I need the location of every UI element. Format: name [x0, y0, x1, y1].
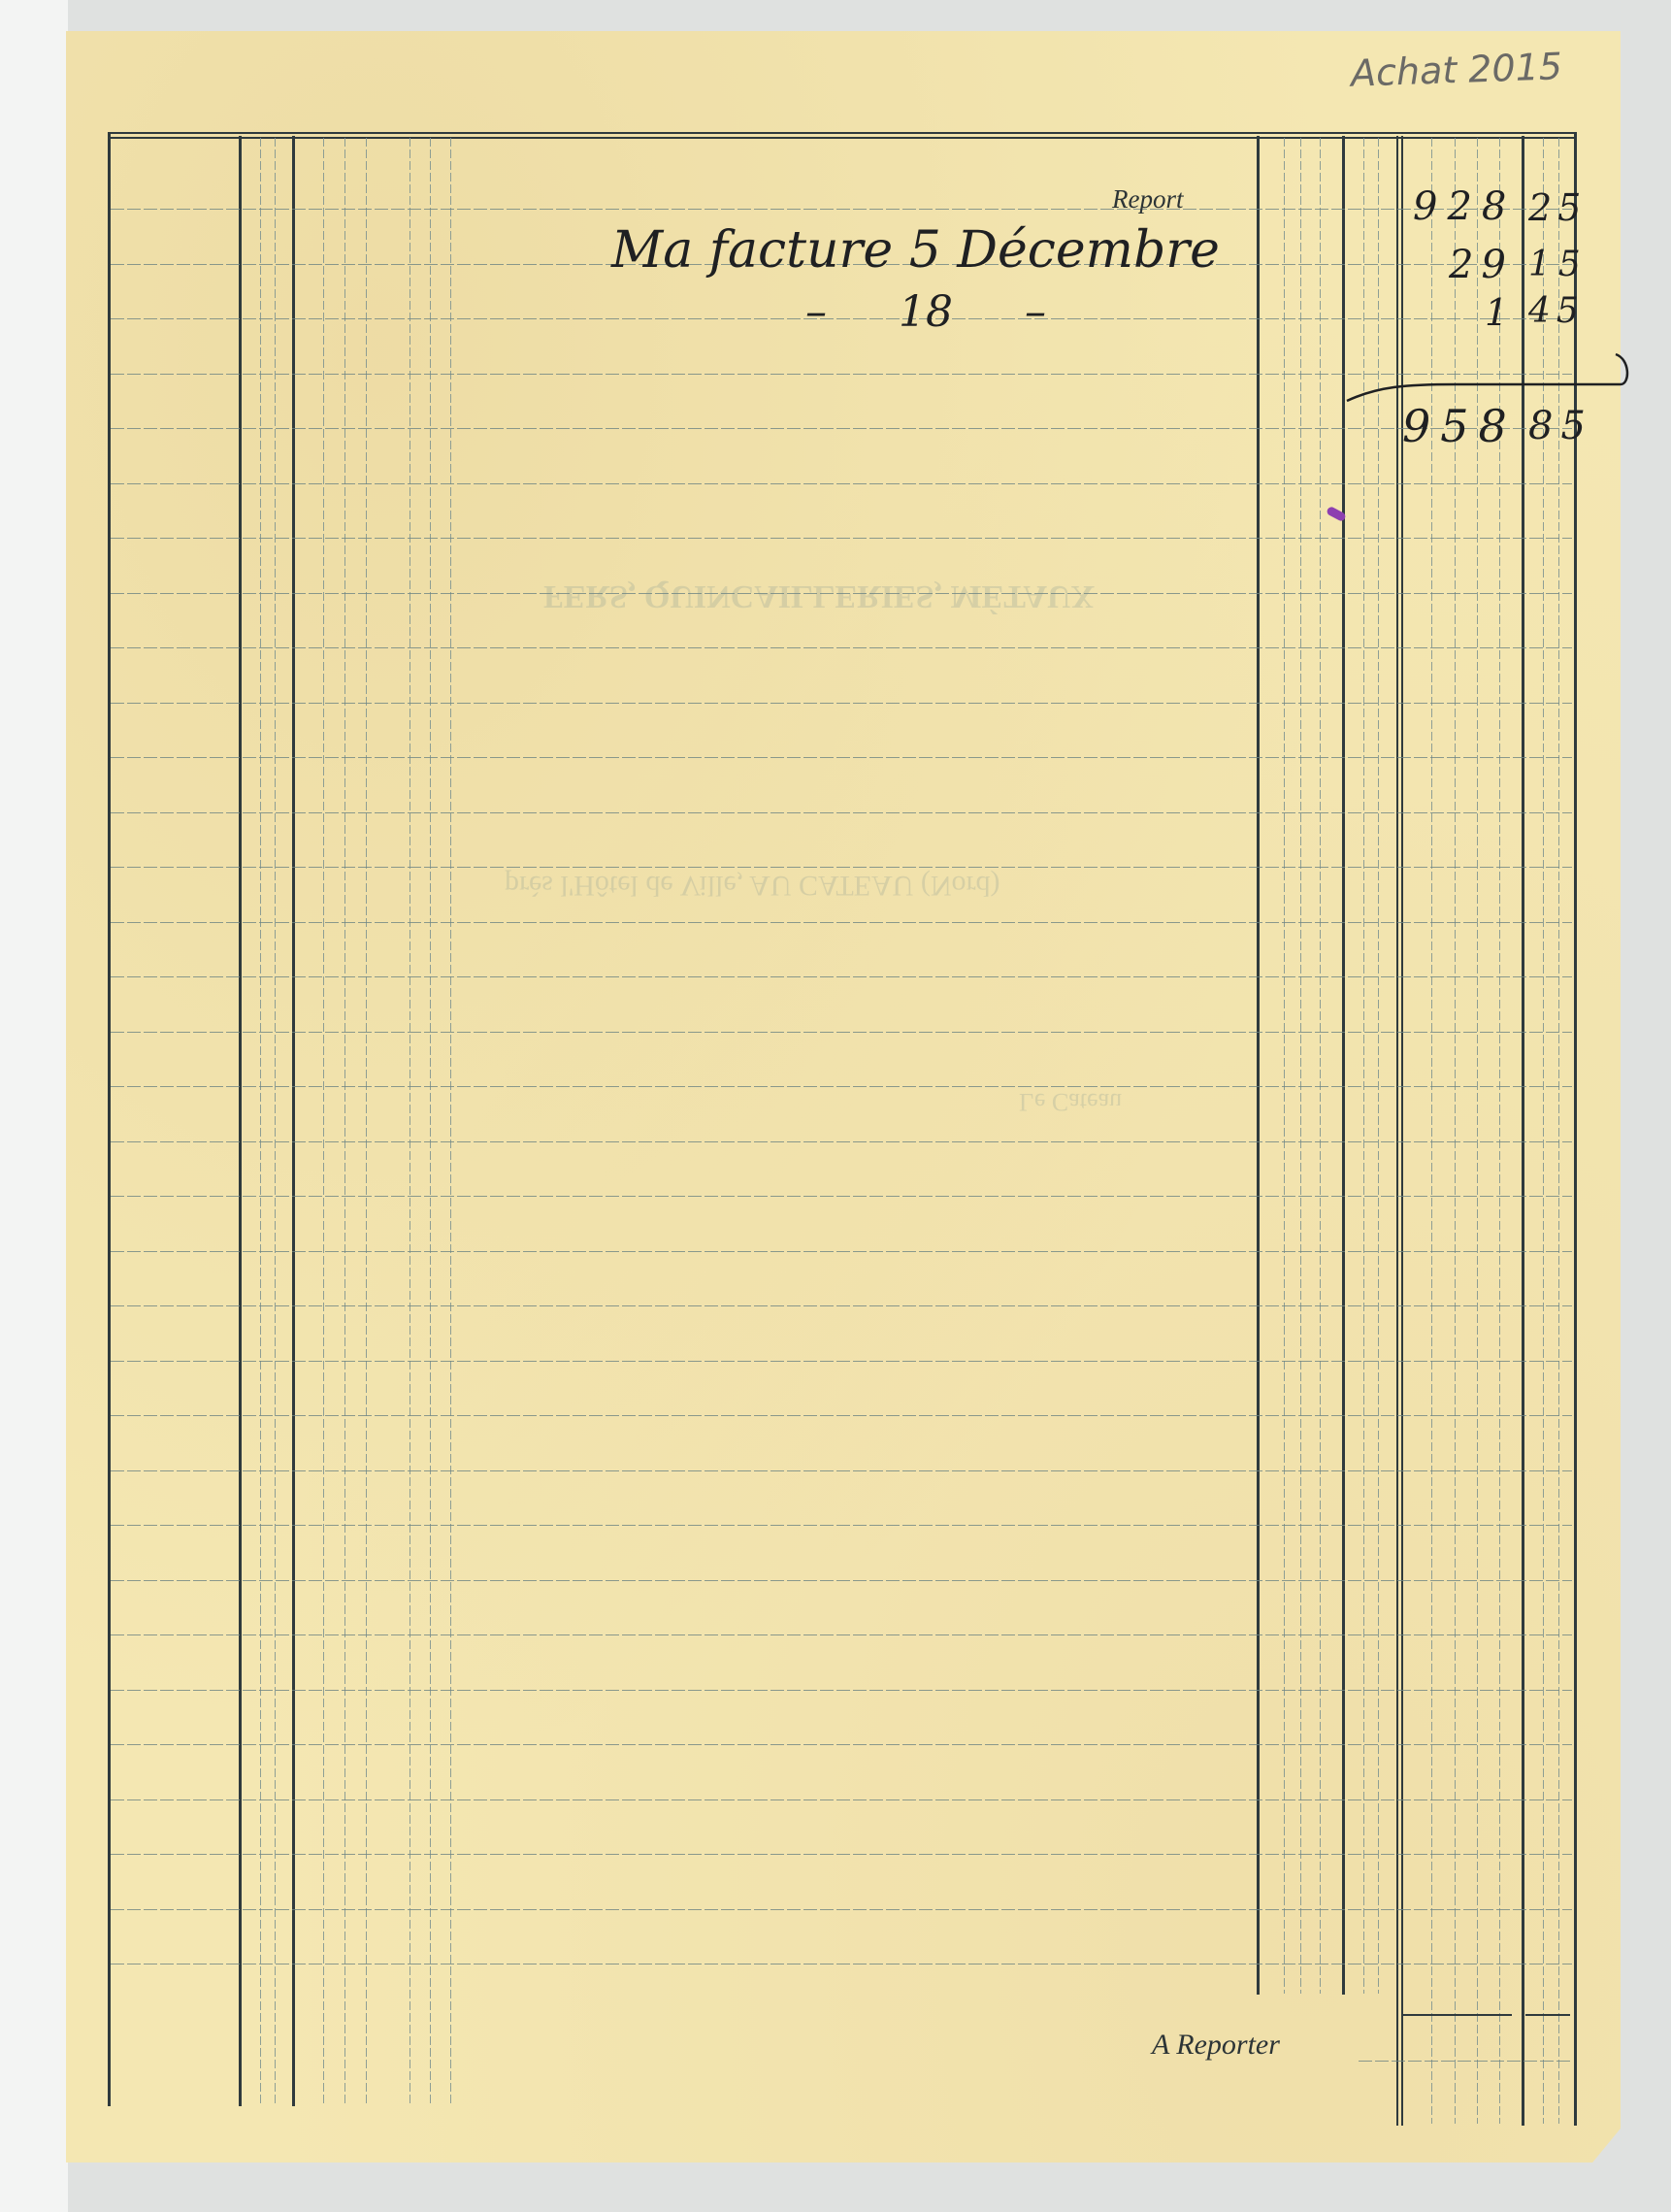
row-rule	[111, 1690, 1572, 1691]
row-rule	[111, 976, 1572, 977]
scan-margin	[0, 0, 68, 2212]
row-rule	[111, 1525, 1572, 1526]
pencil-annotation: Achat 2015	[1350, 45, 1562, 95]
bleed-through-city: Le Cateau	[1019, 1087, 1122, 1116]
row-rule	[111, 209, 1572, 210]
row-rule	[111, 1470, 1572, 1471]
row-rule	[111, 867, 1572, 868]
entry-description: – 18 –	[805, 287, 1046, 337]
row-rule	[111, 922, 1572, 923]
row-rule	[111, 593, 1572, 594]
row-rule	[111, 1799, 1572, 1800]
row-rule	[111, 1415, 1572, 1416]
row-rule	[111, 1854, 1572, 1855]
column-rule-dashed	[1300, 138, 1301, 1994]
row-rule	[111, 1744, 1572, 1745]
amount-column-rule-double	[1396, 136, 1398, 2126]
entry-amount-francs: 29	[1449, 243, 1514, 287]
total-underline-francs	[1403, 2014, 1512, 2016]
row-rule	[111, 483, 1572, 484]
row-rule	[111, 1251, 1572, 1252]
row-rule	[111, 1141, 1572, 1142]
top-border-inner	[109, 137, 1576, 139]
row-rule	[111, 1032, 1572, 1033]
total-underline-centimes	[1525, 2014, 1570, 2016]
column-rule	[1257, 136, 1260, 1995]
row-rule	[111, 1634, 1572, 1635]
column-rule-dashed	[430, 138, 431, 2104]
row-rule	[111, 647, 1572, 648]
entry-amount-centimes: 15	[1528, 245, 1589, 284]
row-rule	[111, 1580, 1572, 1581]
column-rule-dashed	[260, 138, 261, 2104]
entry-amount-centimes: 45	[1528, 291, 1585, 331]
row-rule	[111, 703, 1572, 704]
row-rule	[111, 1305, 1572, 1306]
centimes-column-rule	[1522, 136, 1524, 2126]
column-rule-dashed	[1320, 138, 1321, 1994]
carry-over-label: A Reporter	[1152, 2029, 1280, 2062]
column-rule-dashed	[366, 138, 367, 2104]
row-rule	[111, 1909, 1572, 1910]
row-rule	[111, 538, 1572, 539]
total-amount-francs: 958	[1402, 400, 1517, 452]
entry-amount-francs: 1	[1485, 291, 1508, 334]
report-amount-centimes: 25	[1528, 186, 1587, 229]
column-rule-dashed	[344, 138, 345, 2104]
row-rule	[111, 1196, 1572, 1197]
column-rule-dashed	[410, 138, 410, 2104]
total-amount-centimes: 85	[1528, 404, 1593, 448]
column-rule	[292, 136, 295, 2106]
bleed-through-address: près l'Hôtel de Ville, AU CATEAU (Nord)	[505, 869, 999, 902]
column-rule-dashed	[275, 138, 276, 2104]
row-rule	[111, 757, 1572, 758]
row-rule	[111, 1964, 1572, 1964]
report-amount-francs: 928	[1413, 184, 1516, 229]
bleed-through-trade: FERS, QUINCAILLERIES, MÉTAUX	[543, 578, 1095, 614]
column-rule-dashed	[450, 138, 451, 2104]
row-rule	[111, 1361, 1572, 1362]
row-rule	[1359, 2061, 1572, 2062]
row-rule	[111, 812, 1572, 813]
column-rule	[239, 136, 242, 2106]
top-border	[109, 132, 1576, 134]
column-rule-dashed	[1284, 138, 1285, 1994]
report-label: Report	[1112, 184, 1184, 215]
column-rule-dashed	[323, 138, 324, 2104]
row-rule	[111, 1086, 1572, 1087]
entry-description: Ma facture 5 Décembre	[611, 221, 1220, 280]
row-rule	[111, 428, 1572, 429]
